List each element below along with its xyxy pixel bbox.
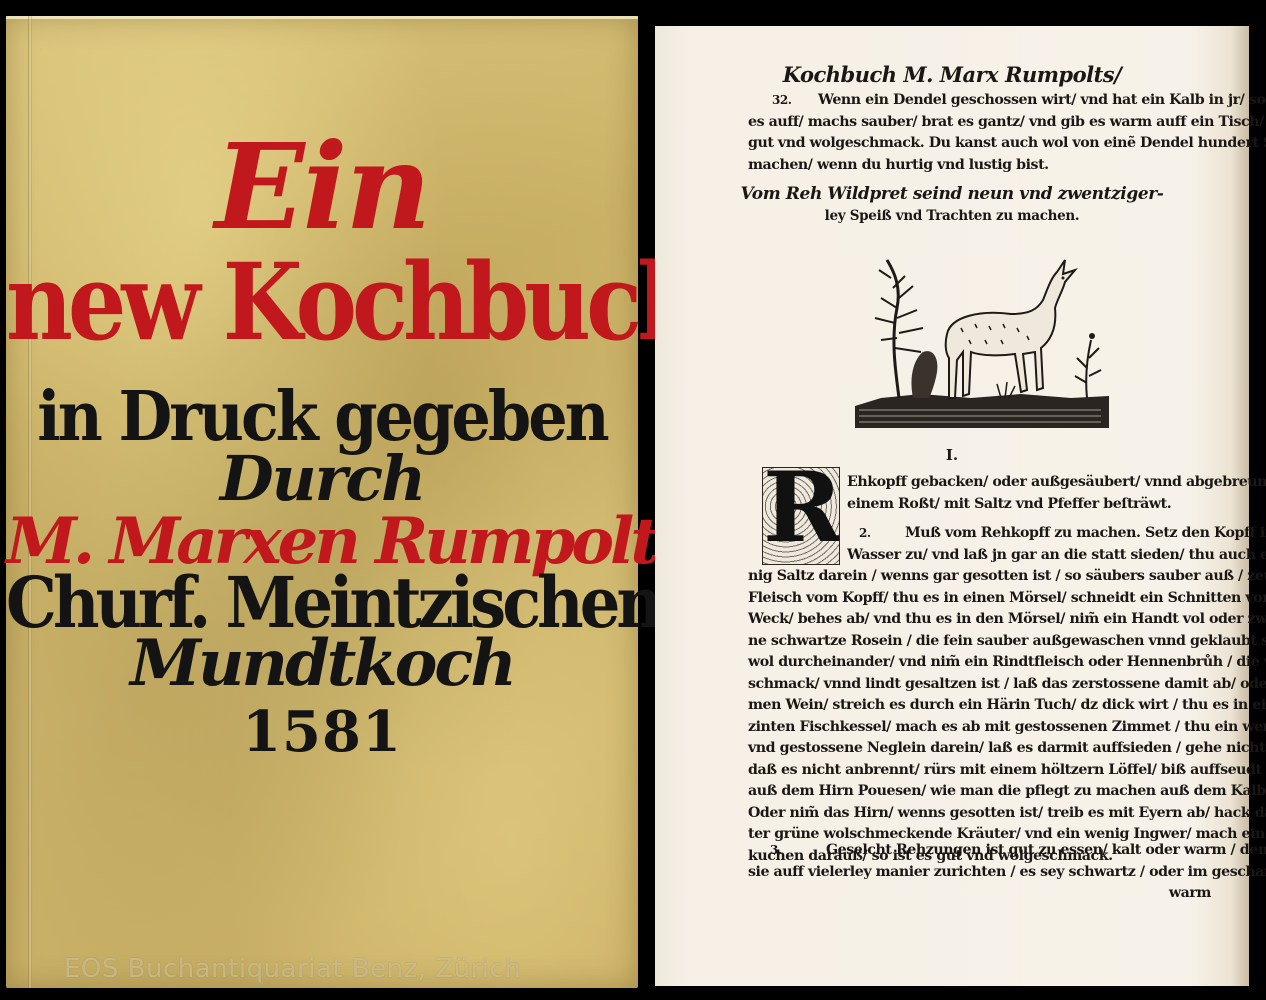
running-head: Kochbuch M. Marx Rumpolts/: [655, 62, 1249, 87]
figure-caption: I.: [655, 446, 1249, 464]
deer-woodcut-icon: [851, 248, 1113, 458]
entry-32: 32.Wenn ein Dendel geschossen wirt/ vnd …: [760, 90, 1210, 176]
photo-stage: Ein new Kochbuch in Druck gegeben Durch …: [0, 0, 1266, 1000]
entry-2-line: vnd gestossene Neglein darein/ laß es da…: [748, 738, 1211, 760]
entry-3-line: sie auff vielerley manier zurichten / es…: [748, 862, 1211, 884]
entry-2-line: ne schwartze Rosein / die fein sauber au…: [748, 631, 1211, 653]
decorative-initial: R: [762, 467, 840, 565]
entry-3: 3.Geselcht Rehzungen ist gut zu essen/ k…: [748, 840, 1211, 905]
entry-32-line: es auff/ machs sauber/ brat es gantz/ vn…: [748, 112, 1210, 134]
entry-1-line: einem Roßt/ mit Saltz vnd Pfeffer beſträ…: [847, 494, 1211, 516]
entry-2-line: Weck/ behes ab/ vnd thu es in den Mörsel…: [748, 609, 1211, 631]
book-page: Kochbuch M. Marx Rumpolts/ 32.Wenn ein D…: [655, 26, 1249, 986]
entry-1-line: Ehkopff gebacken/ oder außgesäubert/ vnn…: [847, 472, 1211, 494]
entry-1: Ehkopff gebacken/ oder außgesäubert/ vnn…: [847, 472, 1211, 515]
catchword: warm: [748, 883, 1211, 905]
entry-number: 3.: [748, 840, 826, 862]
entry-2-line: men Wein/ streich es durch ein Härin Tuc…: [748, 695, 1211, 717]
cover-top-edge: [6, 16, 638, 19]
entry-number: 2.: [847, 523, 905, 545]
cover-subtitle-durch: Durch: [6, 448, 638, 510]
entry-32-line: gut vnd wolgeschmack. Du kanst auch wol …: [748, 133, 1210, 155]
section-heading: Vom Reh Wildpret seind neun vnd zwentzig…: [655, 184, 1249, 224]
entry-2-line: daß es nicht anbrennt/ rürs mit einem hö…: [748, 760, 1211, 782]
entry-2-line: nig Saltz darein / wenns gar gesotten is…: [748, 566, 1211, 588]
initial-letter: R: [763, 467, 839, 556]
entry-2-line: zinten Fischkessel/ mach es ab mit gesto…: [748, 717, 1211, 739]
section-heading-line2: ley Speiß vnd Trachten zu machen.: [655, 208, 1249, 224]
cover-title-kochbuch: new Kochbuch: [6, 249, 638, 355]
entry-2-line: auß dem Hirn Pouesen/ wie man die pflegt…: [748, 781, 1211, 803]
entry-number: 32.: [760, 90, 818, 112]
entry-2-line: Fleisch vom Kopff/ thu es in einen Mörse…: [748, 588, 1211, 610]
entry-2-line: schmack/ vnnd lindt gesaltzen ist / laß …: [748, 674, 1211, 696]
entry-2-line: wol durcheinander/ vnd nim̃ ein Rindtfle…: [748, 652, 1211, 674]
entry-32-line: machen/ wenn du hurtig vnd lustig bist.: [748, 155, 1210, 177]
entry-2-head: 2.Muß vom Rehkopff zu machen. Setz den K…: [847, 523, 1211, 566]
book-cover: Ein new Kochbuch in Druck gegeben Durch …: [6, 16, 638, 988]
watermark: EOS Buchantiquariat Benz, Zürich: [64, 954, 521, 984]
cover-year: 1581: [6, 704, 638, 760]
cover-title-ein: Ein: [6, 128, 638, 246]
cover-subtitle-druck: in Druck gegeben: [6, 383, 638, 451]
entry-32-line: 32.Wenn ein Dendel geschossen wirt/ vnd …: [760, 90, 1210, 112]
entry-3-line: 3.Geselcht Rehzungen ist gut zu essen/ k…: [748, 840, 1211, 862]
entry-2-body: nig Saltz darein / wenns gar gesotten is…: [748, 566, 1211, 867]
entry-2-line: Oder nim̃ das Hirn/ wenns gesotten ist/ …: [748, 803, 1211, 825]
cover-author-role: Mundtkoch: [6, 632, 638, 696]
entry-2-line: 2.Muß vom Rehkopff zu machen. Setz den K…: [847, 523, 1211, 545]
section-heading-line1: Vom Reh Wildpret seind neun vnd zwentzig…: [655, 184, 1249, 204]
entry-2-line: Wasser zu/ vnd laß jn gar an die statt s…: [847, 545, 1211, 567]
